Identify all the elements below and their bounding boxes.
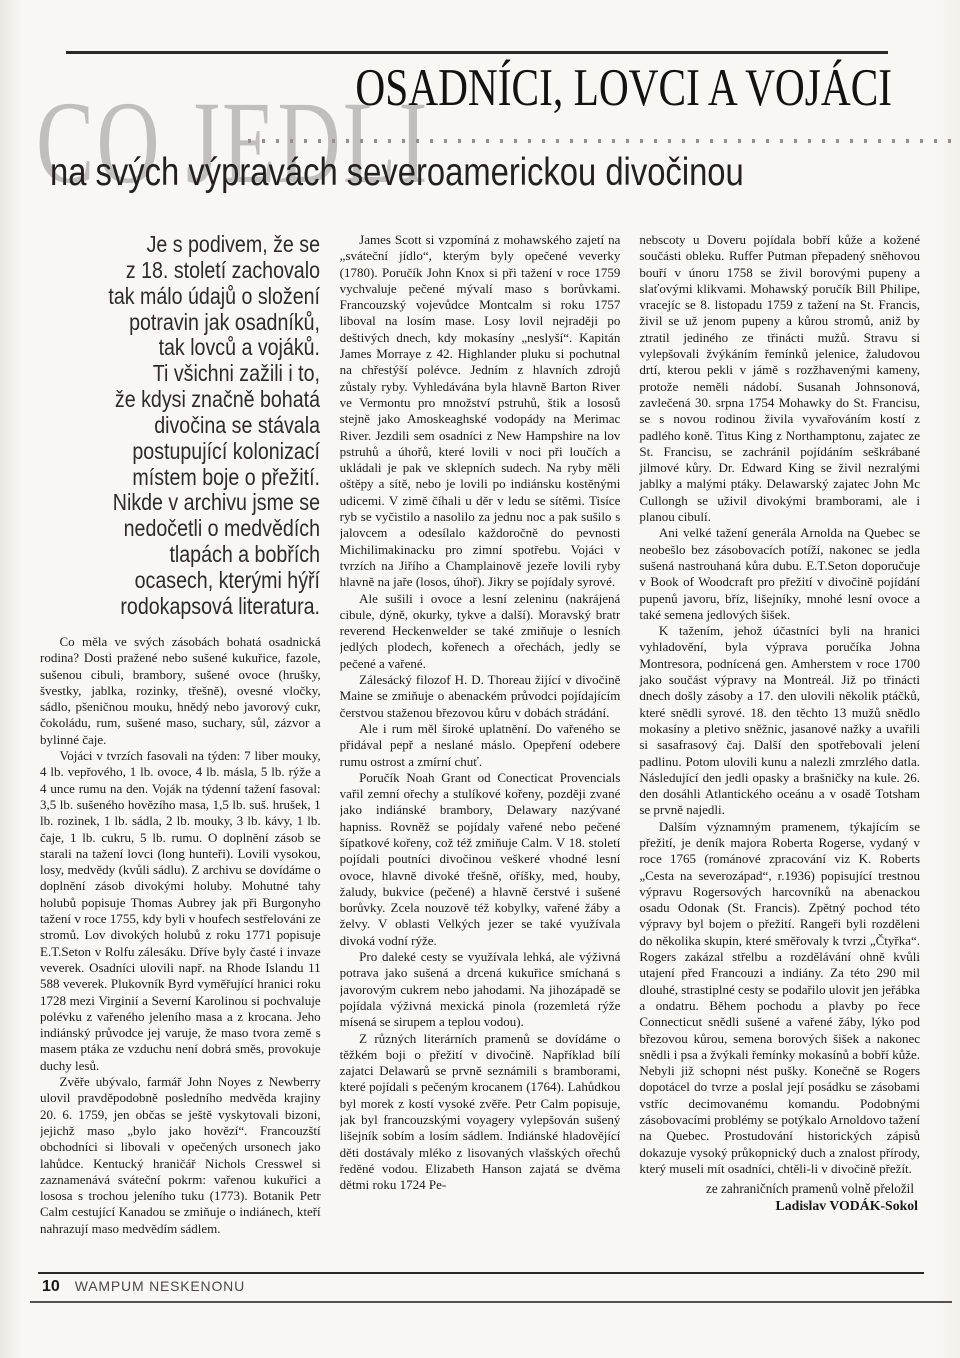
intro-line: tak lovců a vojáků.: [40, 335, 320, 361]
intro-line: postupující kolonizací: [40, 439, 320, 465]
body-paragraph: nebscoty u Doveru pojídala bobří kůže a …: [639, 232, 920, 525]
intro-line: potravin jak osadníků,: [40, 310, 320, 336]
body-paragraph: Poručík Noah Grant od Conecticat Provenc…: [340, 770, 621, 949]
column-middle: James Scott si vzpomíná z mohawského zaj…: [340, 232, 621, 1268]
column-right: nebscoty u Doveru pojídala bobří kůže a …: [639, 232, 920, 1268]
body-paragraph: Ani velké tažení generála Arnolda na Que…: [639, 525, 920, 623]
intro-line: divočina se stávala: [40, 413, 320, 439]
body-paragraph: Zvěře ubývalo, farmář John Noyes z Newbe…: [40, 1074, 321, 1237]
body-paragraph: Dalším významným pramenem, týkajícím se …: [639, 819, 920, 1178]
credit-name: Ladislav VODÁK-Sokol: [639, 1197, 920, 1214]
credit-line: ze zahraničních pramenů volně přeložil: [639, 1180, 920, 1197]
body-paragraph: Z různých literárních pramenů se dovídám…: [340, 1031, 621, 1194]
intro-line: rodokapsová literatura.: [40, 594, 320, 620]
magazine-page: CO JEDLI OSADNÍCI, LOVCI A VOJÁCI na svý…: [0, 0, 960, 1358]
intro-block: Je s podivem, že sez 18. století zachova…: [40, 232, 320, 620]
article-columns: Je s podivem, že sez 18. století zachova…: [40, 232, 920, 1268]
intro-line: z 18. století zachovalo: [40, 258, 320, 284]
footer-row: 10 WAMPUM NESKENONU: [38, 1274, 924, 1301]
body-paragraph: Ale sušili i ovoce a lesní zeleninu (nak…: [340, 591, 621, 672]
page-title: OSADNÍCI, LOVCI A VOJÁCI: [355, 62, 892, 115]
body-paragraph: Zálesácký filozof H. D. Thoreau žijící v…: [340, 672, 621, 721]
intro-line: místem boje o přežití.: [40, 465, 320, 491]
left-column-body: Co měla ve svých zásobách bohatá osadnic…: [40, 634, 321, 1237]
dotted-divider: [248, 139, 954, 143]
page-footer: 10 WAMPUM NESKENONU: [38, 1272, 924, 1303]
intro-line: že kdysi značně bohatá: [40, 387, 320, 413]
footer-rule-bottom: [30, 1301, 952, 1303]
body-paragraph: Vojáci v tvrzích fasovali na týden: 7 li…: [40, 748, 321, 1074]
body-paragraph: James Scott si vzpomíná z mohawského zaj…: [340, 232, 621, 591]
intro-line: Je s podivem, že se: [40, 232, 320, 258]
page-number: 10: [42, 1278, 60, 1296]
intro-line: tlapách a bobřích: [40, 542, 320, 568]
intro-line: tak málo údajů o složení: [40, 284, 320, 310]
intro-line: Nikde v archivu jsme se: [40, 490, 320, 516]
body-paragraph: Pro daleké cesty se využívala lehká, ale…: [340, 949, 621, 1030]
intro-line: nedočetli o medvědích: [40, 516, 320, 542]
body-paragraph: Co měla ve svých zásobách bohatá osadnic…: [40, 634, 321, 748]
intro-line: ocasech, kterými hýří: [40, 568, 320, 594]
page-subtitle: na svých výpravách severoamerickou divoč…: [50, 150, 744, 197]
body-paragraph: Ale i rum měl široké uplatnění. Do vařen…: [340, 721, 621, 770]
column-left: Je s podivem, že sez 18. století zachova…: [40, 232, 321, 1268]
intro-line: Ti všichni zažili i to,: [40, 361, 320, 387]
right-column-body: nebscoty u Doveru pojídala bobří kůže a …: [639, 232, 920, 1177]
body-paragraph: K tažením, jehož účastníci byli na hrani…: [639, 623, 920, 819]
magazine-title: WAMPUM NESKENONU: [75, 1278, 245, 1294]
middle-column-body: James Scott si vzpomíná z mohawského zaj…: [340, 232, 621, 1194]
top-rule: [66, 51, 888, 54]
